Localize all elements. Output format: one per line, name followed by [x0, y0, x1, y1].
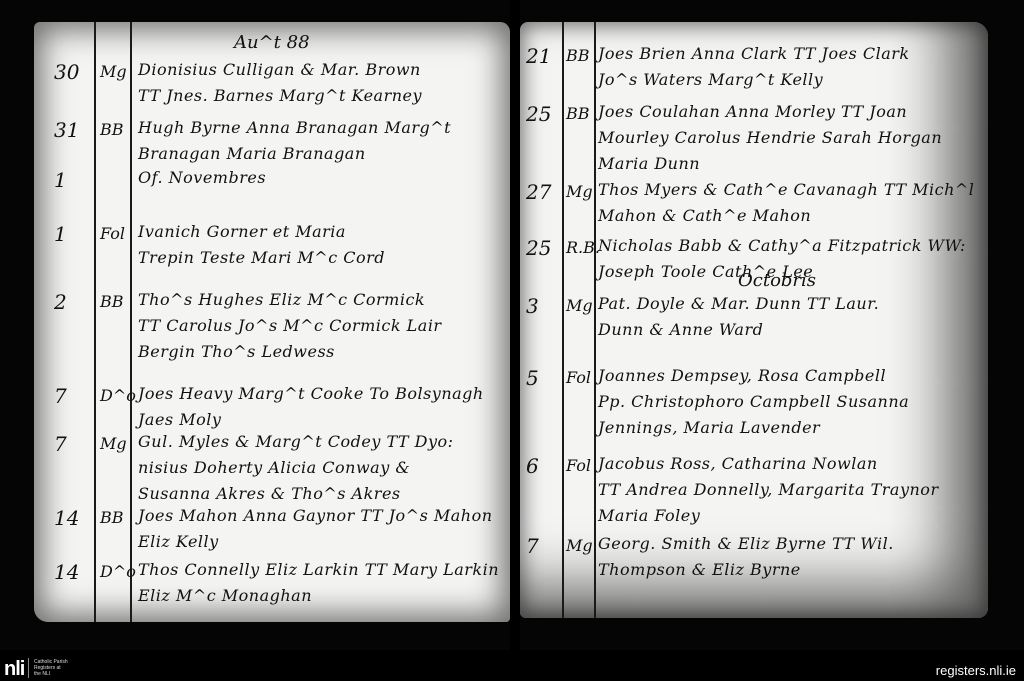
- entry-sacrament-code: Mg: [566, 182, 593, 201]
- entry-text-line: Joes Brien Anna Clark TT Joes Clark: [598, 44, 910, 63]
- entry-text-line: TT Andrea Donnelly, Margarita Traynor: [598, 480, 939, 499]
- entry-text-line: Thos Myers & Cath^e Cavanagh TT Mich^l: [598, 180, 974, 199]
- entry-sacrament-code: Mg: [100, 434, 127, 453]
- entry-text-line: Bergin Tho^s Ledwess: [138, 342, 335, 361]
- entry-day: 3: [526, 294, 539, 318]
- entry-text-line: Jennings, Maria Lavender: [598, 418, 820, 437]
- entry-text-line: Of. Novembres: [138, 168, 266, 187]
- entry-text-line: Joseph Toole Cath^e Lee: [598, 262, 813, 281]
- entry-text-line: Ivanich Gorner et Maria: [138, 222, 346, 241]
- entry-sacrament-code: BB: [566, 46, 590, 65]
- entry-sacrament-code: Mg: [100, 62, 127, 81]
- entry-text-line: Dionisius Culligan & Mar. Brown: [138, 60, 421, 79]
- entry-text-line: Maria Foley: [598, 506, 700, 525]
- entry-day: 14: [54, 560, 79, 584]
- entry-text-line: Joes Coulahan Anna Morley TT Joan: [598, 102, 907, 121]
- entry-day: 7: [54, 384, 67, 408]
- entry-text-line: Branagan Maria Branagan: [138, 144, 366, 163]
- entry-text-line: TT Carolus Jo^s M^c Cormick Lair: [138, 316, 442, 335]
- entry-text-line: Pp. Christophoro Campbell Susanna: [598, 392, 909, 411]
- entry-text-line: Trepin Teste Mari M^c Cord: [138, 248, 385, 267]
- entry-day: 6: [526, 454, 539, 478]
- entry-text-line: Hugh Byrne Anna Branagan Marg^t: [138, 118, 451, 137]
- entry-sacrament-code: R.B.: [566, 238, 600, 257]
- entry-sacrament-code: Fol: [566, 456, 591, 475]
- entry-text-line: Dunn & Anne Ward: [598, 320, 763, 339]
- entry-text-line: Nicholas Babb & Cathy^a Fitzpatrick WW:: [598, 236, 966, 255]
- entry-text-line: nisius Doherty Alicia Conway &: [138, 458, 410, 477]
- register-page-left: Au^t 88 30MgDionisius Culligan & Mar. Br…: [34, 22, 510, 622]
- entry-day: 1: [54, 168, 67, 192]
- entry-text-line: Jo^s Waters Marg^t Kelly: [598, 70, 823, 89]
- register-page-right: Octobris 21BBJoes Brien Anna Clark TT Jo…: [520, 22, 988, 618]
- logo-divider: [28, 658, 29, 678]
- entry-day: 14: [54, 506, 79, 530]
- entry-text-line: Pat. Doyle & Mar. Dunn TT Laur.: [598, 294, 879, 313]
- entry-sacrament-code: Fol: [566, 368, 591, 387]
- nli-logo[interactable]: nli: [4, 658, 24, 681]
- entry-text-line: Joes Heavy Marg^t Cooke To Bolsynagh: [138, 384, 484, 403]
- month-heading: Au^t 88: [234, 32, 310, 53]
- logo-caption-line: the NLI: [34, 671, 94, 677]
- site-url-link[interactable]: registers.nli.ie: [936, 663, 1016, 678]
- entry-day: 25: [526, 102, 551, 126]
- entry-text-line: Joes Mahon Anna Gaynor TT Jo^s Mahon: [138, 506, 493, 525]
- column-rule: [94, 22, 96, 622]
- footer-bar: [0, 650, 1024, 681]
- entry-text-line: Eliz Kelly: [138, 532, 219, 551]
- entry-day: 30: [54, 60, 79, 84]
- column-rule: [130, 22, 132, 622]
- entry-text-line: Jacobus Ross, Catharina Nowlan: [598, 454, 878, 473]
- entry-text-line: Georg. Smith & Eliz Byrne TT Wil.: [598, 534, 894, 553]
- column-rule: [594, 22, 596, 618]
- entry-text-line: Mahon & Cath^e Mahon: [598, 206, 811, 225]
- entry-text-line: Tho^s Hughes Eliz M^c Cormick: [138, 290, 425, 309]
- logo-caption: Catholic Parish Registers at the NLI: [34, 659, 94, 677]
- entry-day: 7: [54, 432, 67, 456]
- entry-day: 27: [526, 180, 551, 204]
- entry-sacrament-code: D^o: [100, 386, 136, 405]
- book-gutter: [510, 0, 520, 650]
- image-viewer[interactable]: Au^t 88 30MgDionisius Culligan & Mar. Br…: [0, 0, 1024, 650]
- entry-day: 7: [526, 534, 539, 558]
- entry-text-line: Joannes Dempsey, Rosa Campbell: [598, 366, 886, 385]
- entry-text-line: Mourley Carolus Hendrie Sarah Horgan: [598, 128, 942, 147]
- entry-day: 21: [526, 44, 551, 68]
- entry-text-line: Susanna Akres & Tho^s Akres: [138, 484, 401, 503]
- entry-sacrament-code: BB: [100, 508, 124, 527]
- entry-day: 1: [54, 222, 67, 246]
- entry-text-line: Gul. Myles & Marg^t Codey TT Dyo:: [138, 432, 454, 451]
- entry-sacrament-code: Fol: [100, 224, 125, 243]
- entry-sacrament-code: Mg: [566, 536, 593, 555]
- entry-text-line: TT Jnes. Barnes Marg^t Kearney: [138, 86, 422, 105]
- entry-text-line: Thompson & Eliz Byrne: [598, 560, 801, 579]
- entry-text-line: Eliz M^c Monaghan: [138, 586, 312, 605]
- entry-day: 31: [54, 118, 79, 142]
- entry-day: 2: [54, 290, 67, 314]
- entry-text-line: Jaes Moly: [138, 410, 221, 429]
- entry-sacrament-code: BB: [100, 120, 124, 139]
- entry-sacrament-code: BB: [566, 104, 590, 123]
- entry-text-line: Thos Connelly Eliz Larkin TT Mary Larkin: [138, 560, 499, 579]
- entry-sacrament-code: Mg: [566, 296, 593, 315]
- column-rule: [562, 22, 564, 618]
- entry-day: 25: [526, 236, 551, 260]
- entry-sacrament-code: D^o: [100, 562, 136, 581]
- entry-day: 5: [526, 366, 539, 390]
- entry-sacrament-code: BB: [100, 292, 124, 311]
- entry-text-line: Maria Dunn: [598, 154, 700, 173]
